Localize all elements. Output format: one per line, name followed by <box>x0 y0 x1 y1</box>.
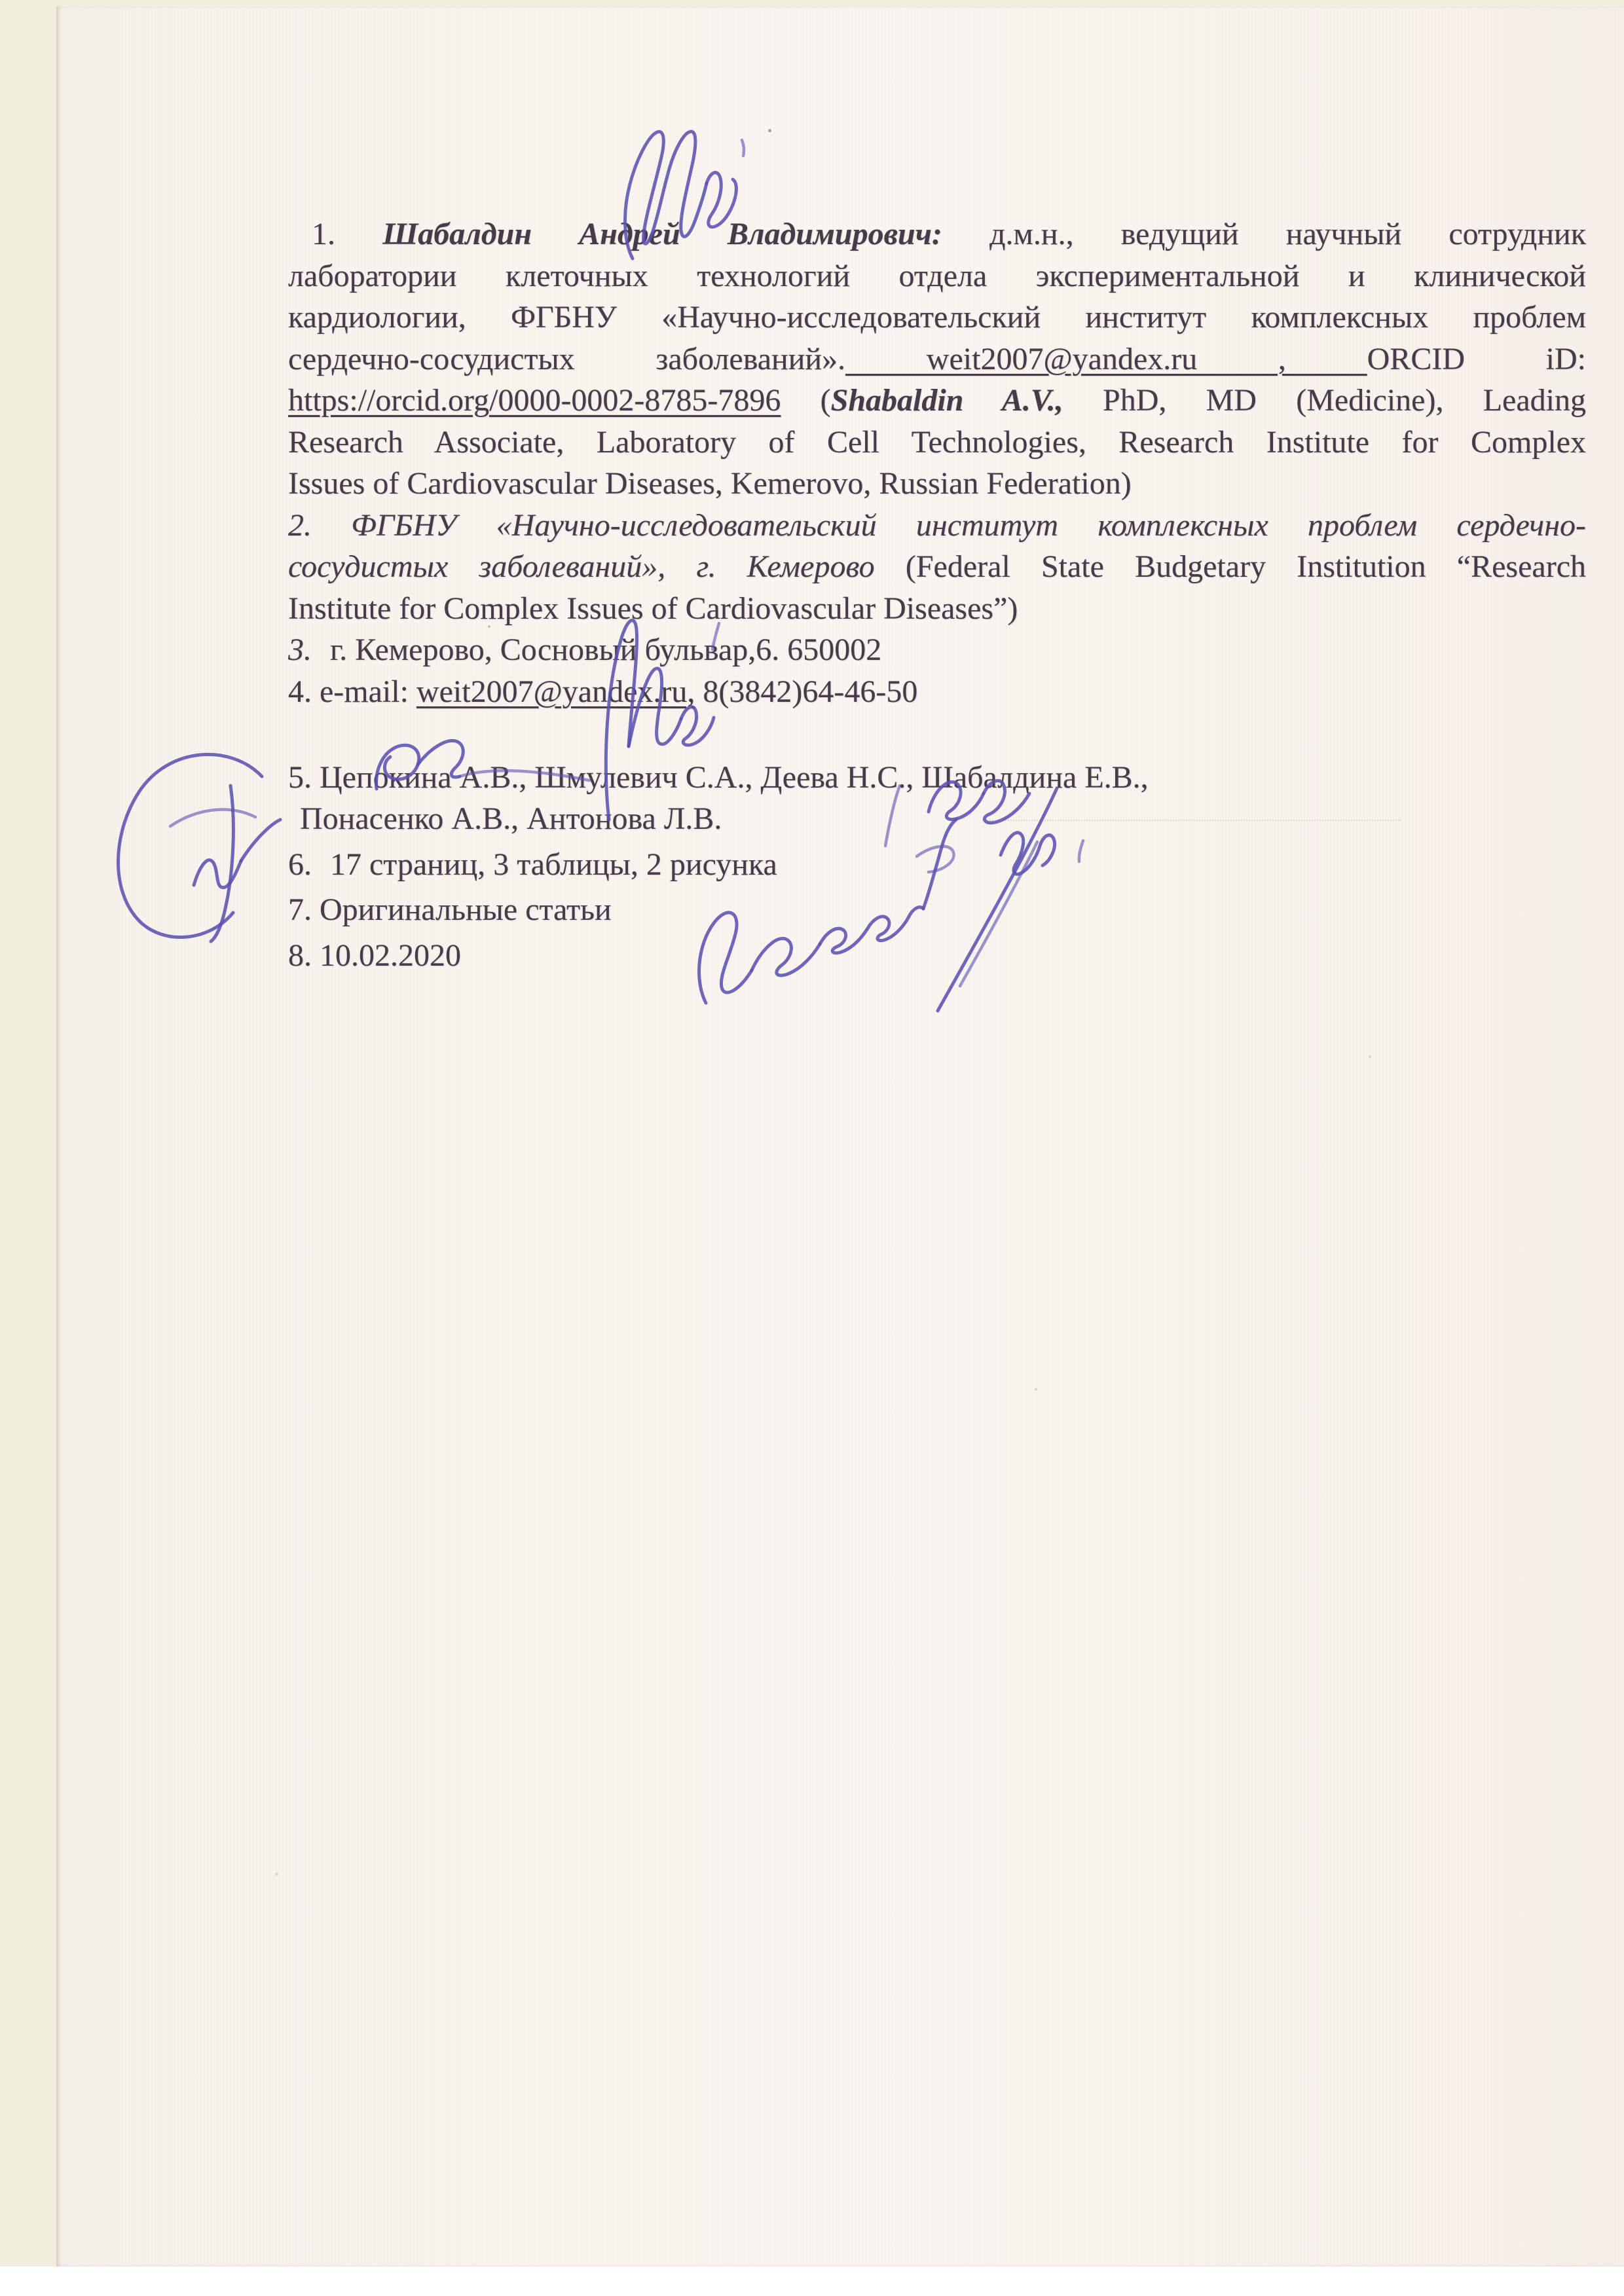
doc-line-2: лаборатории клеточных технологий отдела … <box>288 255 1586 297</box>
dust-speck <box>488 625 490 628</box>
affiliation-en-1: Research Associate, Laboratory of Cell T… <box>288 425 1586 460</box>
doc-line-5: https://orcid.org/0000-0002-8785-7896 (S… <box>288 380 1586 422</box>
doc-line-10: Institute for Complex Issues of Cardiova… <box>288 588 1586 630</box>
dust-speck <box>1035 1388 1037 1391</box>
item-7-article-type: 7. Оригинальные статьи <box>288 892 612 927</box>
author-title-en: PhD, MD (Medicine), Leading <box>1103 383 1586 418</box>
doc-line-15: 6.17 страниц, 3 таблицы, 2 рисунка <box>288 844 1586 886</box>
item-5-authors-2: Понасенко А.В., Антонова Л.В. <box>300 801 722 836</box>
author-name-ru: Шабалдин Андрей Владимирович: <box>382 217 942 251</box>
paren-open: ( <box>821 383 831 418</box>
affiliation-ru-2: кардиологии, ФГБНУ «Научно-исследователь… <box>288 300 1586 335</box>
item-2-institution-en-2: Institute for Complex Issues of Cardiova… <box>288 591 1018 626</box>
affiliation-ru-1: лаборатории клеточных технологий отдела … <box>288 259 1586 293</box>
doc-line-1: 1. Шабалдин Андрей Владимирович: д.м.н.,… <box>288 213 1586 255</box>
item-4-label: 4. e-mail: <box>288 674 409 709</box>
doc-line-6: Research Associate, Laboratory of Cell T… <box>288 422 1586 464</box>
doc-line-16: 7. Оригинальные статьи <box>288 889 1586 931</box>
item-8-date: 8. 10.02.2020 <box>288 938 461 973</box>
doc-line-4: сердечно-сосудистых заболеваний». weit20… <box>288 338 1586 380</box>
doc-line-3: кардиологии, ФГБНУ «Научно-исследователь… <box>288 297 1586 338</box>
doc-line-8: 2. ФГБНУ «Научно-исследовательский инсти… <box>288 505 1586 547</box>
item-4-email: weit2007@yandex.ru, <box>416 674 695 709</box>
doc-line-7: Issues of Cardiovascular Diseases, Kemer… <box>288 463 1586 505</box>
item-2-institution-en-1: (Federal State Budgetary Institution “Re… <box>906 549 1586 584</box>
doc-line-12: 4. e-mail: weit2007@yandex.ru, 8(3842)64… <box>288 671 1586 713</box>
item-5-authors-1: 5. Цепокина А.В., Шмулевич С.А., Деева Н… <box>288 760 1149 795</box>
dust-speck <box>275 1872 278 1876</box>
blank-line <box>288 712 1586 754</box>
affiliation-ru-3: сердечно-сосудистых заболеваний». <box>288 342 845 376</box>
item-2-institution-ru-1: 2. ФГБНУ «Научно-исследовательский инсти… <box>288 508 1586 543</box>
item-3-number: 3. <box>288 632 312 667</box>
author-name-en: Shabaldin A.V., <box>831 383 1063 418</box>
doc-line-13: 5. Цепокина А.В., Шмулевич С.А., Деева Н… <box>288 757 1586 799</box>
affiliation-en-2: Issues of Cardiovascular Diseases, Kemer… <box>288 466 1132 501</box>
dust-speck <box>1369 1055 1371 1058</box>
item-3-address: г. Кемерово, Сосновый бульвар,6. 650002 <box>330 632 881 667</box>
orcid-url: https://orcid.org/0000-0002-8785-7896 <box>288 383 781 418</box>
item-4-phone: 8(3842)64-46-50 <box>703 674 917 709</box>
document-text-block: 1. Шабалдин Андрей Владимирович: д.м.н.,… <box>288 213 1586 976</box>
item-2-institution-ru-2: сосудистых заболеваний», г. Кемерово <box>288 549 875 584</box>
dust-speck <box>768 129 771 132</box>
email-text: weit2007@yandex.ru , <box>845 342 1367 376</box>
orcid-label: ORCID iD: <box>1367 342 1586 376</box>
doc-line-14: Понасенко А.В., Антонова Л.В. <box>288 798 1586 840</box>
scan-artifact-dotted-line <box>982 820 1401 821</box>
doc-line-9: сосудистых заболеваний», г. Кемерово (Fe… <box>288 546 1586 588</box>
item-6-stats: 17 страниц, 3 таблицы, 2 рисунка <box>330 847 777 882</box>
item-1-number: 1. <box>312 217 335 251</box>
author-title-ru: д.м.н., ведущий научный сотрудник <box>989 217 1586 251</box>
item-6-number: 6. <box>288 847 312 882</box>
doc-line-11: 3.г. Кемерово, Сосновый бульвар,6. 65000… <box>288 629 1586 671</box>
doc-line-17: 8. 10.02.2020 <box>288 935 1586 977</box>
